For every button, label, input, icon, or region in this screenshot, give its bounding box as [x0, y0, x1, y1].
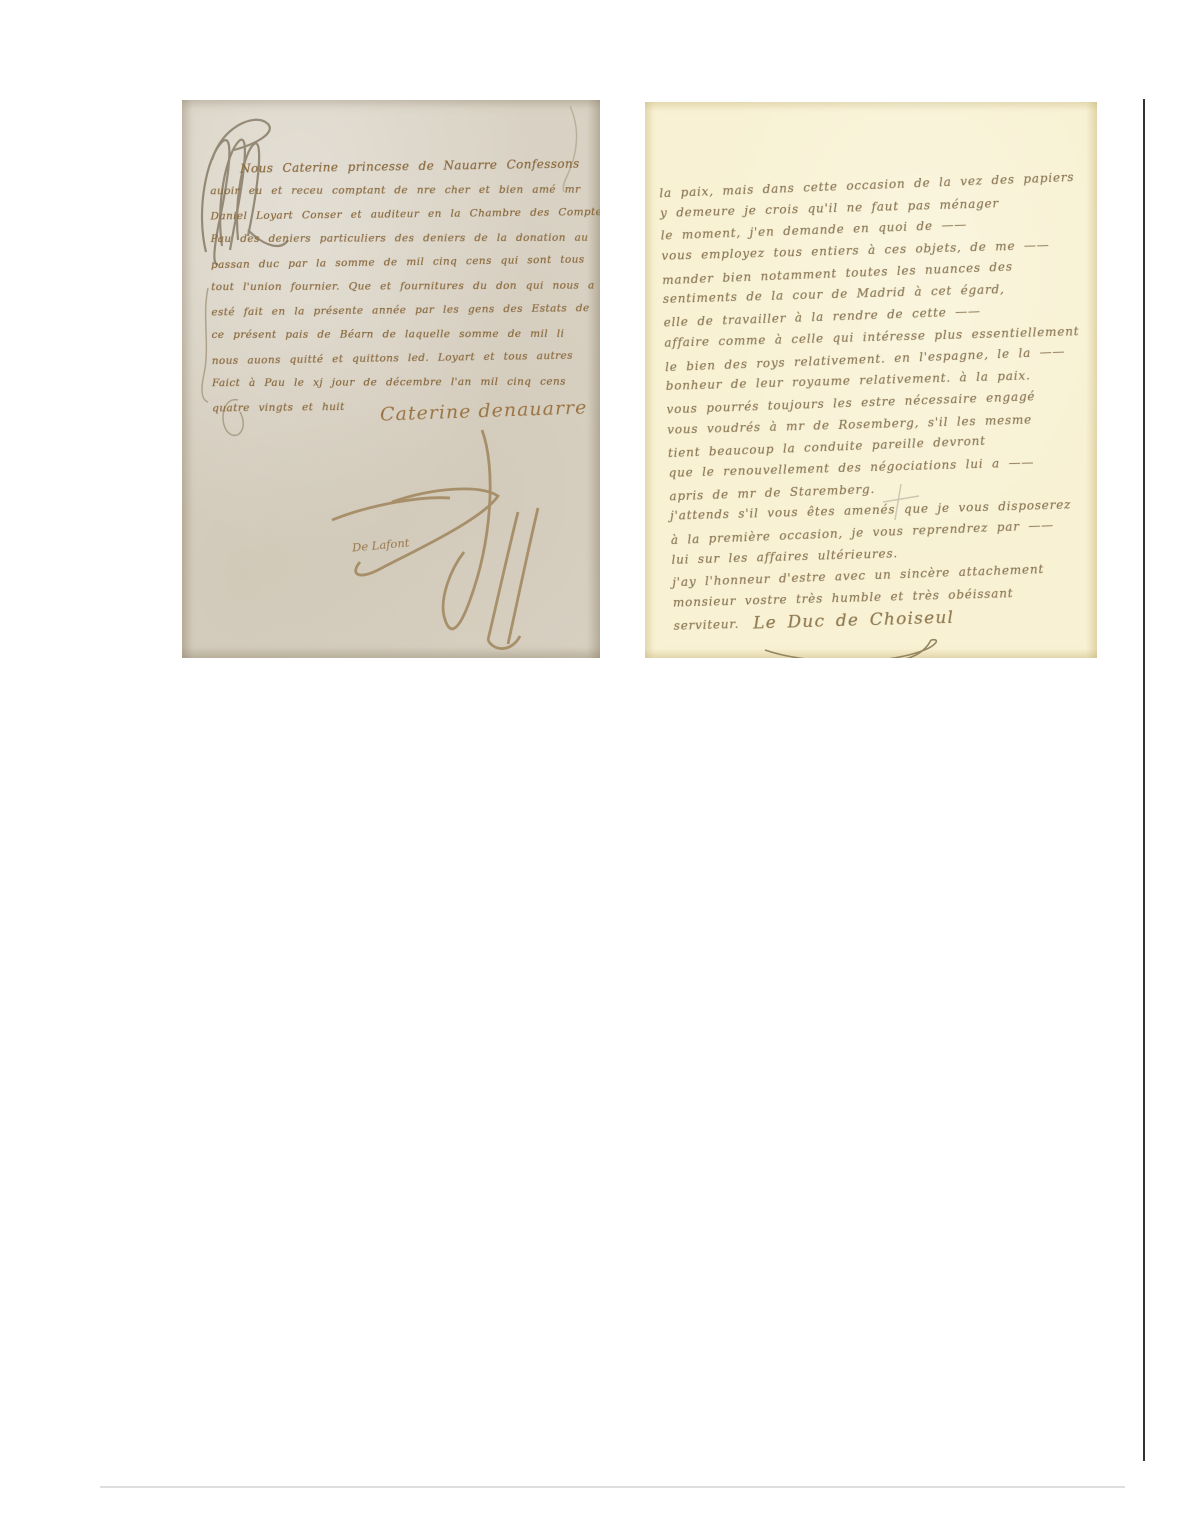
handwritten-line: nous auons quitté et quittons led. Loyar…	[212, 344, 574, 373]
handwritten-line: auoir eu et receu comptant de nre cher e…	[210, 178, 572, 204]
bottom-rule-line	[100, 1486, 1125, 1488]
handwritten-line: tout l'union fournier. Que et fourniture…	[211, 274, 573, 300]
handwritten-line: ce présent pais de Béarn de laquelle som…	[212, 322, 574, 347]
handwritten-line: esté fait en la présente année par les g…	[211, 296, 573, 324]
letter-body-left: Nous Caterine princesse de Nauarre Confe…	[210, 153, 574, 420]
handwritten-line: Nous Caterine princesse de Nauarre Confe…	[210, 152, 572, 181]
handwritten-line: Daniel Loyart Conser et auditeur en la C…	[210, 200, 572, 228]
handwritten-line: Faict à Pau le xj jour de décembre l'an …	[212, 370, 574, 396]
manuscript-image-right: la paix, mais dans cette occasion de la …	[645, 102, 1097, 658]
signature-duc: Le Duc de Choiseul	[753, 607, 955, 634]
signature-secretary: De Lafont	[351, 536, 409, 555]
handwritten-line: passan duc par la somme de mil cinq cens…	[211, 248, 573, 277]
catalog-page: Nous Caterine princesse de Nauarre Confe…	[0, 0, 1197, 1538]
closing-word: serviteur.	[673, 614, 739, 638]
handwritten-line: Pau des deniers particuliers des deniers…	[211, 226, 573, 251]
letter-body-right: la paix, mais dans cette occasion de la …	[659, 168, 1097, 637]
manuscript-image-left: Nous Caterine princesse de Nauarre Confe…	[182, 100, 600, 658]
vertical-divider-line	[1143, 99, 1145, 1461]
signature-swash	[765, 640, 936, 658]
